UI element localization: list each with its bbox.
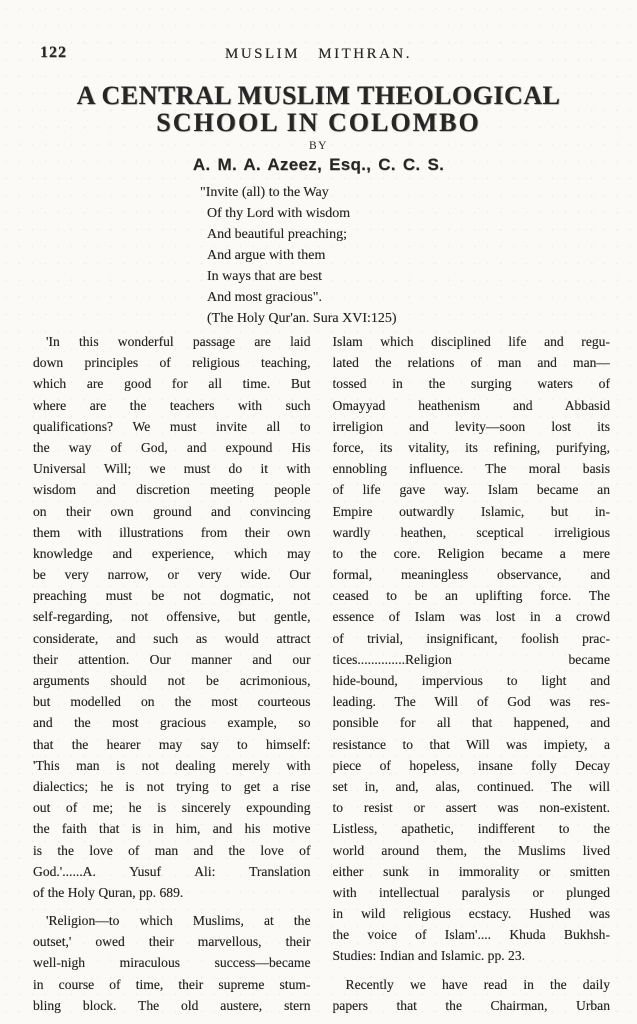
text-line: Listless, apathetic, indifferent to the — [333, 818, 611, 839]
text-line: them with illustrations from their own — [33, 522, 311, 543]
text-line: in wild religious ecstacy. Hushed was — [333, 903, 611, 924]
column-left: 'In this wonderful passage are laiddown … — [33, 331, 311, 1016]
text-line: force, its vitality, its refining, purif… — [333, 437, 611, 458]
text-line: tossed in the surging waters of — [333, 373, 611, 394]
byline-label: BY — [0, 139, 637, 153]
text-line: to the core. Religion became a mere — [333, 543, 611, 564]
text-line: wisdom and discretion meeting people — [33, 479, 311, 500]
epigraph-line: "Invite (all) to the Way — [200, 182, 637, 203]
article-title-line1: A CENTRAL MUSLIM THEOLOGICAL — [0, 82, 637, 109]
text-line: arguments should not be acrimonious, — [33, 670, 311, 691]
body-columns: 'In this wonderful passage are laiddown … — [0, 331, 637, 1016]
epigraph-attribution: (The Holy Qur'an. Sura XVI:125) — [200, 308, 637, 329]
text-line: lated the relations of man and man— — [333, 352, 611, 373]
text-line: resistance to that Will was impiety, a — [333, 734, 611, 755]
epigraph-line: Of thy Lord with wisdom — [200, 203, 637, 224]
paragraph: 'In this wonderful passage are laiddown … — [33, 331, 311, 903]
text-line: ponsible for all that happened, and — [333, 712, 611, 733]
text-line: but modelled on the most courteous — [33, 691, 311, 712]
text-line: hide-bound, impervious to light and — [333, 670, 611, 691]
text-line: the voice of Islam'.... Khuda Bukhsh- — [333, 924, 611, 945]
text-line: self-regarding, not offensive, but gentl… — [33, 606, 311, 627]
paragraph: Recently we have read in the dailypapers… — [333, 974, 611, 1016]
text-line: Recently we have read in the daily — [333, 974, 611, 995]
text-line: irreligion and levity—soon lost its — [333, 416, 611, 437]
text-line: knowledge and experience, which may — [33, 543, 311, 564]
text-line: ennobling influence. The moral basis — [333, 458, 611, 479]
running-header: MUSLIM MITHRAN. — [0, 46, 637, 63]
text-line: dialectics; he is not trying to get a ri… — [33, 776, 311, 797]
text-line: Empire outwardly Islamic, but in- — [333, 501, 611, 522]
text-line: the faith that is in him, and his motive — [33, 818, 311, 839]
text-line: the way of God, and expound His — [33, 437, 311, 458]
text-line: of trivial, insignificant, foolish prac- — [333, 628, 611, 649]
article-title: A CENTRAL MUSLIM THEOLOGICAL SCHOOL IN C… — [0, 82, 637, 136]
article-title-line2: SCHOOL IN COLOMBO — [0, 109, 637, 136]
text-line: where are the teachers with such — [33, 395, 311, 416]
text-line: essence of Islam was lost in a crowd — [333, 606, 611, 627]
text-line: outset,' owed their marvellous, their — [33, 931, 311, 952]
text-line: that the hearer may say to himself: — [33, 734, 311, 755]
page-header: 122 MUSLIM MITHRAN. — [0, 0, 637, 66]
text-line: leading. The Will of God was res- — [333, 691, 611, 712]
text-line: tices..............Religion became — [333, 649, 611, 670]
text-line: considerate, and such as would attract — [33, 628, 311, 649]
text-line: bling block. The old austere, stern — [33, 995, 311, 1016]
text-line: preaching must be not dogmatic, not — [33, 585, 311, 606]
text-line: papers that the Chairman, Urban — [333, 995, 611, 1016]
epigraph-line: And most gracious". — [200, 287, 637, 308]
text-line: 'Religion—to which Muslims, at the — [33, 910, 311, 931]
text-line: 'In this wonderful passage are laid — [33, 331, 311, 352]
text-line: either sunk in immorality or smitten — [333, 861, 611, 882]
text-line: and the most gracious example, so — [33, 712, 311, 733]
text-line: ceased to be an uplifting force. The — [333, 585, 611, 606]
text-line: well-nigh miraculous success—became — [33, 952, 311, 973]
text-line: on their own ground and convincing — [33, 501, 311, 522]
text-line: qualifications? We must invite all to — [33, 416, 311, 437]
paragraph: 'Religion—to which Muslims, at theoutset… — [33, 910, 311, 1016]
text-line: their attention. Our manner and our — [33, 649, 311, 670]
text-line: Islam which disciplined life and regu- — [333, 331, 611, 352]
paragraph: Islam which disciplined life and regu-la… — [333, 331, 611, 967]
text-line: 'This man is not dealing merely with — [33, 755, 311, 776]
text-line: be very narrow, or very wide. Our — [33, 564, 311, 585]
text-line: wardly heathen, sceptical irreligious — [333, 522, 611, 543]
text-line: in course of time, their supreme stum- — [33, 974, 311, 995]
text-line: of life gave way. Islam became an — [333, 479, 611, 500]
text-line: world around them, the Muslims lived — [333, 840, 611, 861]
text-line: to resist or assert was non-existent. — [333, 797, 611, 818]
text-line: Studies: Indian and Islamic. pp. 23. — [333, 945, 611, 966]
text-line: is the love of man and the love of — [33, 840, 311, 861]
epigraph-line: And beautiful preaching; — [200, 224, 637, 245]
column-right: Islam which disciplined life and regu-la… — [333, 331, 611, 1016]
text-line: God.'......A. Yusuf Ali: Translation — [33, 861, 311, 882]
epigraph: "Invite (all) to the WayOf thy Lord with… — [200, 182, 637, 329]
epigraph-lines: "Invite (all) to the WayOf thy Lord with… — [200, 182, 637, 308]
text-line: down principles of religious teaching, — [33, 352, 311, 373]
page-number: 122 — [40, 44, 67, 62]
scan-page: 122 MUSLIM MITHRAN. A CENTRAL MUSLIM THE… — [0, 0, 637, 1024]
epigraph-line: And argue with them — [200, 245, 637, 266]
text-line: Universal Will; we must do it with — [33, 458, 311, 479]
text-line: of the Holy Quran, pp. 689. — [33, 882, 311, 903]
epigraph-line: In ways that are best — [200, 266, 637, 287]
text-line: which are good for all time. But — [33, 373, 311, 394]
text-line: out of me; he is sincerely expounding — [33, 797, 311, 818]
text-line: with intellectual paralysis or plunged — [333, 882, 611, 903]
text-line: piece of hopeless, insane folly Decay — [333, 755, 611, 776]
text-line: formal, meaningless observance, and — [333, 564, 611, 585]
author-name: A. M. A. Azeez, Esq., C. C. S. — [0, 155, 637, 175]
text-line: Omayyad heathenism and Abbasid — [333, 395, 611, 416]
text-line: set in, and, alas, continued. The will — [333, 776, 611, 797]
